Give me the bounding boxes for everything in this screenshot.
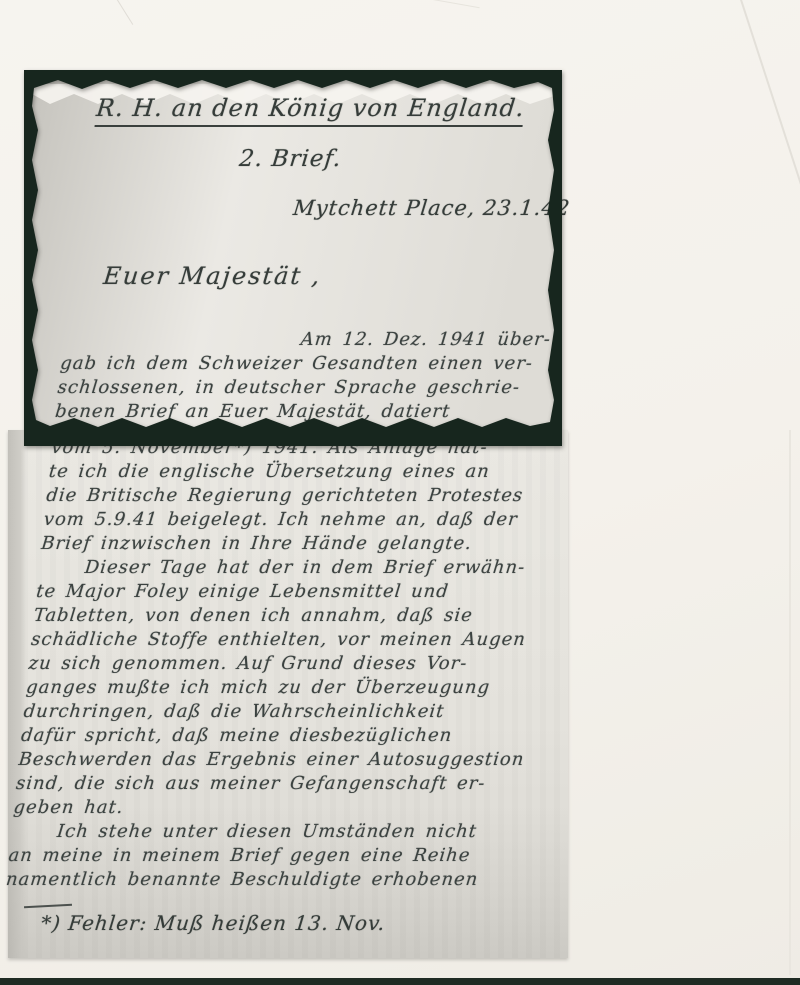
body-line: geben hat.	[12, 796, 523, 820]
body-line: Brief inzwischen in Ihre Hände gelangte.	[40, 532, 551, 556]
body-line: durchringen, daß die Wahrscheinlichkeit	[22, 700, 533, 724]
body-line: schädliche Stoffe enthielten, vor meinen…	[30, 628, 541, 652]
letter-frame	[24, 70, 562, 446]
body-line: an meine in meinem Brief gegen eine Reih…	[7, 844, 518, 868]
body-line: vom 5.9.41 beigelegt. Ich nehme an, daß …	[43, 508, 554, 532]
body-line: sind, die sich aus meiner Gefangenschaft…	[15, 772, 526, 796]
frame-border	[24, 70, 562, 446]
body-line: zu sich genommen. Auf Grund dieses Vor-	[27, 652, 538, 676]
body-line: Beschwerden das Ergebnis einer Autosugge…	[17, 748, 528, 772]
body-line: namentlich benannte Beschuldigte erhoben…	[5, 868, 516, 892]
photo-bottom-edge	[0, 978, 800, 985]
crease-line	[85, 0, 134, 25]
photo-print: R. H. an den König von England. 2. Brief…	[0, 0, 800, 985]
body-line: Tabletten, von denen ich annahm, daß sie	[32, 604, 543, 628]
footnote: *) Fehler: Muß heißen 13. Nov.	[40, 911, 387, 935]
body-line: die Britische Regierung gerichteten Prot…	[45, 484, 556, 508]
body-line: te Major Foley einige Lebensmittel und	[35, 580, 546, 604]
body-line: te ich die englische Übersetzung eines a…	[48, 460, 559, 484]
crease-line	[789, 430, 791, 975]
crease-line	[420, 0, 479, 8]
crease-line	[735, 0, 800, 194]
body-line: dafür spricht, daß meine diesbezüglichen	[20, 724, 531, 748]
body-line: ganges mußte ich mich zu der Überzeugung	[25, 676, 536, 700]
body-line: Ich stehe unter diesen Umständen nicht	[10, 820, 521, 844]
body-line: Dieser Tage hat der in dem Brief erwähn-	[38, 556, 549, 580]
